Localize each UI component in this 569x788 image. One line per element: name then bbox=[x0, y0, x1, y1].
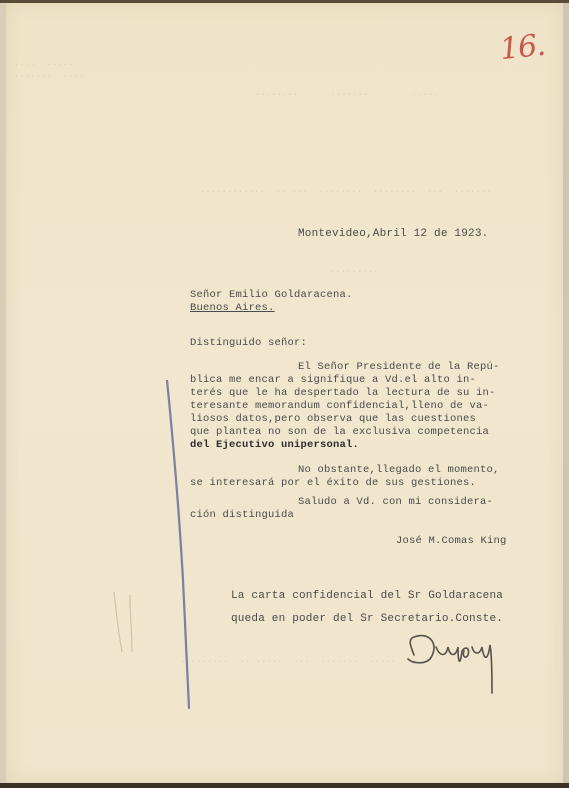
bleed-through-text: ....... .... bbox=[14, 70, 84, 80]
body-line: se interesará por el éxito de sus gestio… bbox=[190, 477, 476, 489]
scan-edge-top bbox=[0, 0, 569, 3]
body-line: liosos datos,pero observa que las cuesti… bbox=[190, 413, 476, 425]
body-line: Saludo a Vd. con mi considera- bbox=[298, 496, 493, 508]
bleed-through-text: ......... .. ..... ... ....... ..... bbox=[180, 655, 396, 665]
bleed-through-text: ........ ....... ..... bbox=[255, 88, 439, 98]
body-line: No obstante,llegado el momento, bbox=[298, 464, 500, 476]
body-line: blica me encar a signifique a Vd.el alto… bbox=[190, 374, 476, 386]
signatory-name: José M.Comas King bbox=[396, 535, 507, 547]
note-line: La carta confidencial del Sr Goldaracena bbox=[231, 590, 503, 602]
scan-edge-bottom bbox=[0, 783, 569, 788]
body-line: ción distinguida bbox=[190, 509, 294, 521]
scan-edge-right bbox=[563, 0, 569, 788]
addressee-city: Buenos Aires. bbox=[190, 302, 275, 314]
pencil-mark-icon bbox=[165, 380, 205, 710]
folio-number: 16. bbox=[498, 28, 546, 67]
bleed-through-text: ......... bbox=[330, 265, 379, 275]
salutation: Distinguido señor: bbox=[190, 337, 307, 349]
body-line: teresante memorandum confidencial,lleno … bbox=[190, 400, 489, 412]
body-line: que plantea no son de la exclusiva compe… bbox=[190, 426, 489, 438]
bleed-through-text: .... ..... bbox=[14, 58, 73, 68]
body-line: del Ejecutivo unipersonal. bbox=[190, 439, 359, 451]
body-line: El Señor Presidente de la Repú- bbox=[298, 361, 500, 373]
faint-pencil-mark-icon bbox=[110, 590, 140, 660]
addressee-name: Señor Emilio Goldaracena. bbox=[190, 289, 353, 301]
note-line: queda en poder del Sr Secretario.Conste. bbox=[231, 613, 503, 625]
handwritten-signature-icon bbox=[400, 625, 510, 700]
body-line: terés que le ha despertado la lectura de… bbox=[190, 387, 496, 399]
bleed-through-text: ............ .. ... ........ ........ ..… bbox=[200, 185, 492, 195]
date-line: Montevideo,Abril 12 de 1923. bbox=[298, 228, 488, 240]
